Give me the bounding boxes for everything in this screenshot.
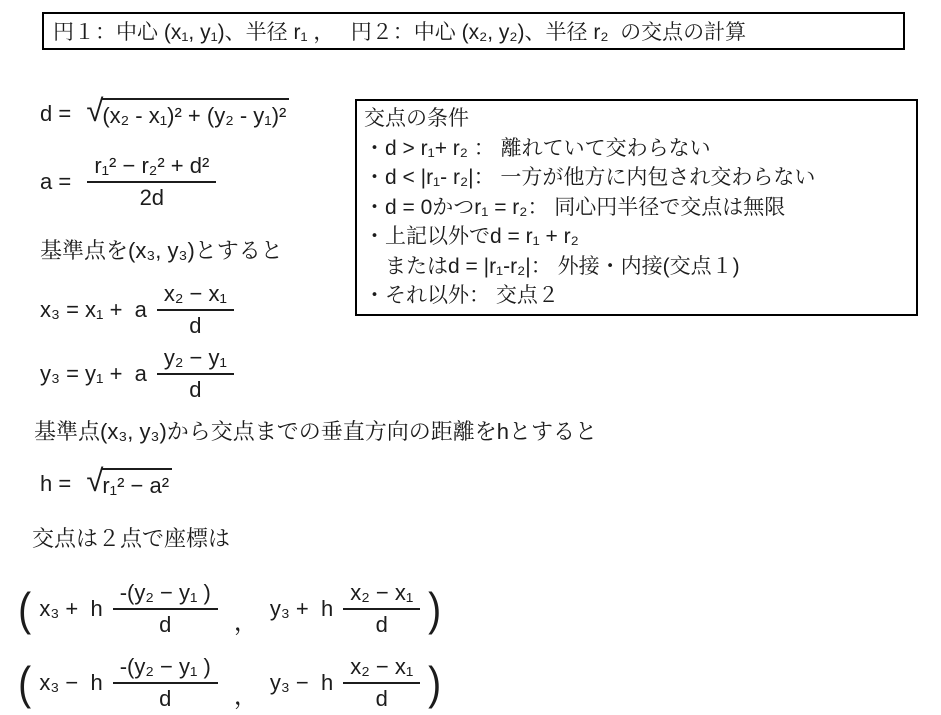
circle-intersection-document: 円１：中心 (x₁, y₁)、半径 r₁ ， 円２：中心 (x₂, y₂)、半径… xyxy=(0,0,941,715)
formula-x3: x₃ = x₁ + a x₂ − x₁ d xyxy=(40,281,234,338)
fraction-denominator: d xyxy=(343,682,420,711)
formula-a: a = r₁² − r₂² + d² 2d xyxy=(40,153,216,210)
fraction: x₂ − x₁ d xyxy=(157,281,234,338)
base-point-intro: 基準点を(x₃, y₃)とすると xyxy=(40,234,283,265)
condition-item: ・それ以外： 交点２ xyxy=(364,281,909,311)
close-paren: ) xyxy=(428,586,441,632)
intersection-point-2: ( x₃ − h -(y₂ − y₁ ) d ， y₃ − h x₂ − x₁ … xyxy=(10,654,450,711)
sqrt-content: r₁² − a² xyxy=(101,468,172,499)
fraction-denominator: d xyxy=(157,309,234,338)
open-paren: ( xyxy=(18,660,31,706)
formula-y3: y₃ = y₁ + a y₂ − y₁ d xyxy=(40,345,234,402)
condition-item: ・上記以外でd = r₁ + r₂ xyxy=(364,222,909,252)
fraction-numerator: y₂ − y₁ xyxy=(157,345,234,373)
open-paren: ( xyxy=(18,586,31,632)
conditions-heading: 交点の条件 xyxy=(364,104,909,134)
fraction-denominator: d xyxy=(343,608,420,637)
point2-x-lhs: x₃ − h xyxy=(39,670,102,696)
h-distance-intro: 基準点(x₃, y₃)から交点までの垂直方向の距離をhとすると xyxy=(34,415,597,446)
fraction-denominator: 2d xyxy=(87,181,216,210)
fraction-denominator: d xyxy=(113,608,218,637)
page-title: 円１：中心 (x₁, y₁)、半径 r₁ ， 円２：中心 (x₂, y₂)、半径… xyxy=(53,16,746,46)
coordinate-separator: ， xyxy=(234,602,258,637)
formula-d: d = √ (x₂ - x₁)² + (y₂ - y₁)² xyxy=(40,98,289,129)
fraction: x₂ − x₁ d xyxy=(343,654,420,711)
formula-y3-lhs: y₃ = y₁ + a xyxy=(40,361,147,387)
sqrt-expression: √ (x₂ - x₁)² + (y₂ - y₁)² xyxy=(86,98,289,129)
point1-y-lhs: y₃ + h xyxy=(270,596,333,622)
sqrt-expression: √ r₁² − a² xyxy=(86,468,172,499)
fraction-denominator: d xyxy=(157,373,234,402)
conditions-box: 交点の条件 ・d > r₁+ r₂ ： 離れていて交わらない ・d < |r₁-… xyxy=(355,99,918,316)
formula-a-lhs: a = xyxy=(40,169,77,195)
coordinate-separator: ， xyxy=(234,676,258,711)
radical-sign: √ xyxy=(86,465,103,496)
fraction: y₂ − y₁ d xyxy=(157,345,234,402)
fraction-numerator: x₂ − x₁ xyxy=(343,580,420,608)
formula-d-lhs: d = xyxy=(40,101,77,127)
condition-item: ・d > r₁+ r₂ ： 離れていて交わらない xyxy=(364,134,909,164)
fraction-denominator: d xyxy=(113,682,218,711)
formula-h: h = √ r₁² − a² xyxy=(40,468,172,499)
condition-item: またはd = |r₁-r₂|： 外接・内接(交点１) xyxy=(364,252,909,282)
fraction-numerator: -(y₂ − y₁ ) xyxy=(113,654,218,682)
close-paren: ) xyxy=(428,660,441,706)
points-intro: 交点は２点で座標は xyxy=(32,522,230,553)
fraction-numerator: x₂ − x₁ xyxy=(343,654,420,682)
condition-item: ・d < |r₁- r₂|： 一方が他方に内包され交わらない xyxy=(364,163,909,193)
formula-x3-lhs: x₃ = x₁ + a xyxy=(40,297,147,323)
condition-item: ・d = 0かつr₁ = r₂： 同心円半径で交点は無限 xyxy=(364,193,909,223)
point1-x-lhs: x₃ + h xyxy=(39,596,102,622)
title-box: 円１：中心 (x₁, y₁)、半径 r₁ ， 円２：中心 (x₂, y₂)、半径… xyxy=(42,12,905,50)
radical-sign: √ xyxy=(86,95,103,126)
fraction-numerator: r₁² − r₂² + d² xyxy=(87,153,216,181)
fraction-numerator: -(y₂ − y₁ ) xyxy=(113,580,218,608)
formula-h-lhs: h = xyxy=(40,471,77,497)
sqrt-content: (x₂ - x₁)² + (y₂ - y₁)² xyxy=(101,98,289,129)
fraction: -(y₂ − y₁ ) d xyxy=(113,580,218,637)
fraction: x₂ − x₁ d xyxy=(343,580,420,637)
point2-y-lhs: y₃ − h xyxy=(270,670,333,696)
fraction-numerator: x₂ − x₁ xyxy=(157,281,234,309)
intersection-point-1: ( x₃ + h -(y₂ − y₁ ) d ， y₃ + h x₂ − x₁ … xyxy=(10,580,450,637)
fraction: -(y₂ − y₁ ) d xyxy=(113,654,218,711)
fraction: r₁² − r₂² + d² 2d xyxy=(87,153,216,210)
